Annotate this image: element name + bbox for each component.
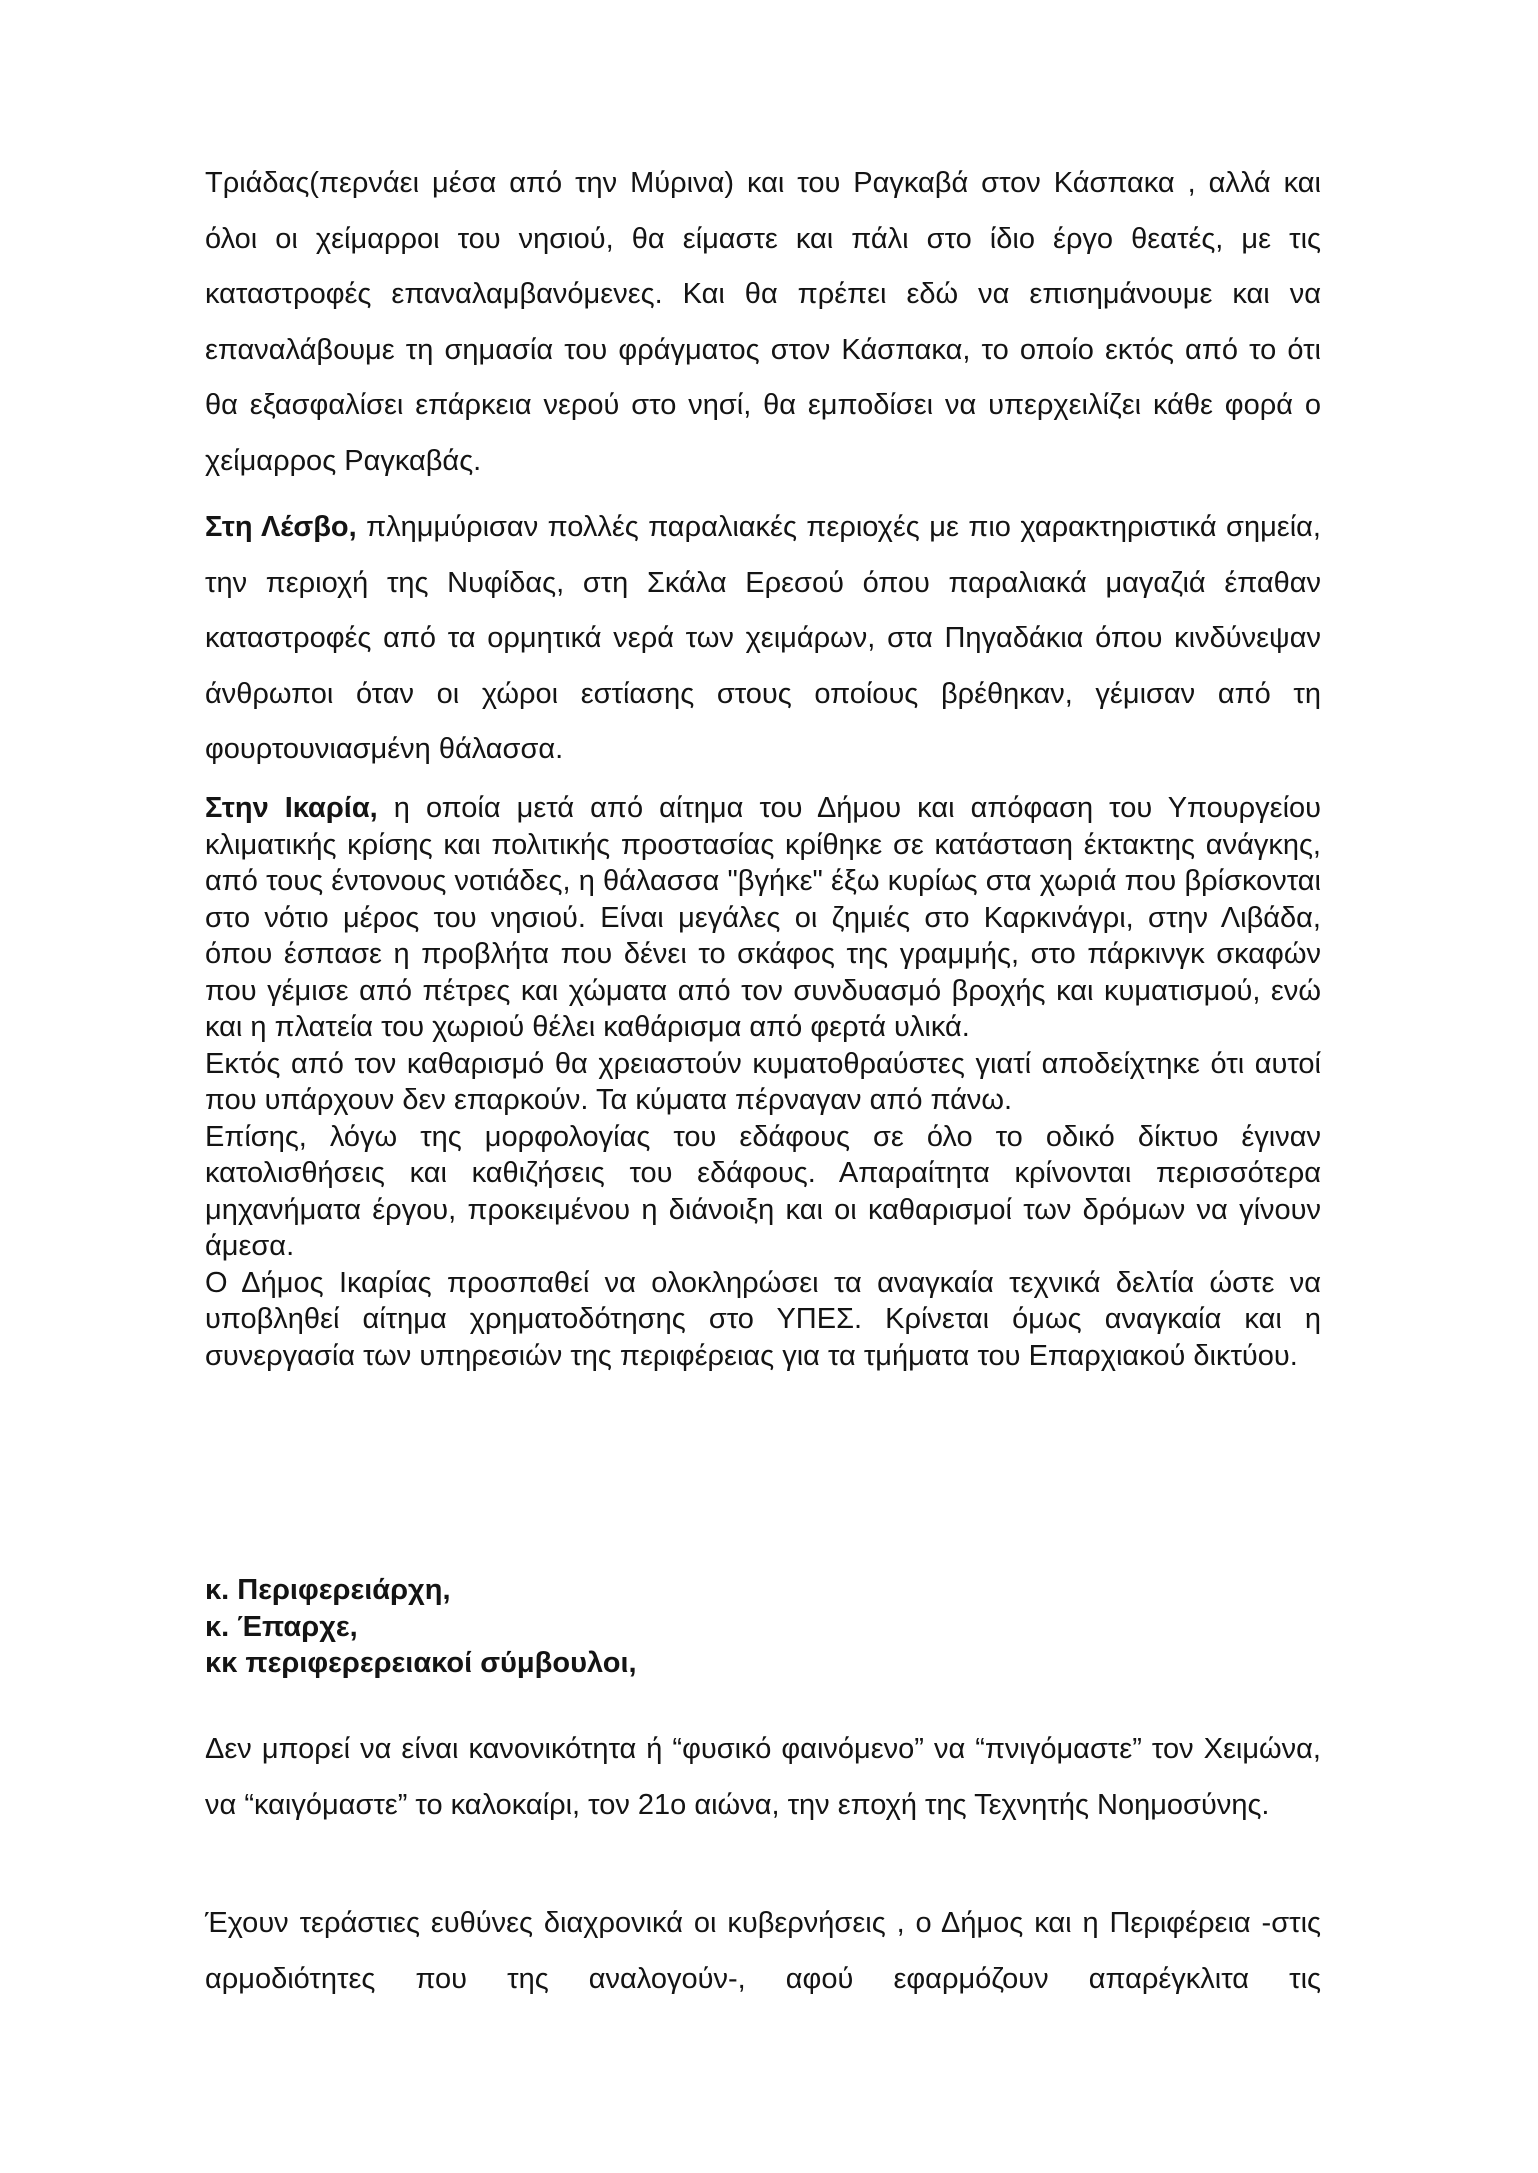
ikaria-text: η οποία μετά από αίτημα του Δήμου και απ… [205,792,1321,1043]
salutation-line: κ. Έπαρχε, [205,1609,637,1646]
paragraph-ikaria: Στην Ικαρία, η οποία μετά από αίτημα του… [205,790,1321,1046]
paragraph-lesvos: Στη Λέσβο, πλημμύρισαν πολλές παραλιακές… [205,500,1321,778]
ikaria-lead: Στην Ικαρία, [205,792,378,824]
paragraph-responsibilities: Έχουν τεράστιες ευθύνες διαχρονικά οι κυ… [205,1896,1321,2007]
paragraph-ikaria-funding: Ο Δήμος Ικαρίας προσπαθεί να ολοκληρώσει… [205,1265,1321,1375]
salutation-line: κ. Περιφερειάρχη, [205,1572,637,1609]
lesvos-lead: Στη Λέσβο, [205,511,357,543]
salutation-block: κ. Περιφερειάρχη, κ. Έπαρχε, κκ περιφερε… [205,1572,637,1682]
section-ikaria: Στην Ικαρία, η οποία μετά από αίτημα του… [205,790,1321,1374]
paragraph-ikaria-breakwaters: Εκτός από τον καθαρισμό θα χρειαστούν κυ… [205,1046,1321,1119]
lesvos-text: πλημμύρισαν πολλές παραλιακές περιοχές μ… [205,511,1321,765]
paragraph-normality: Δεν μπορεί να είναι κανονικότητα ή “φυσι… [205,1722,1321,1833]
salutation-line: κκ περιφερερειακοί σύμβουλοι, [205,1645,637,1682]
paragraph-lemnos-torrents: Τριάδας(περνάει μέσα από την Μύρινα) και… [205,156,1321,489]
paragraph-ikaria-landslides: Επίσης, λόγω της μορφολογίας του εδάφους… [205,1119,1321,1265]
